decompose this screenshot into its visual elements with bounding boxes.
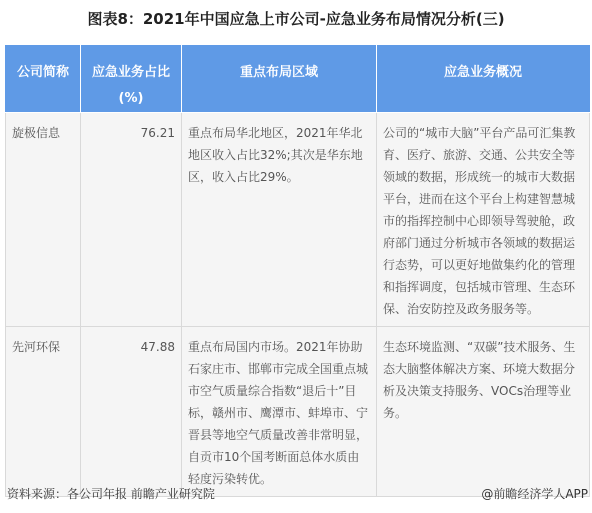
table-row: 先河环保 47.88 重点布局国内市场。2021年协助石家庄市、邯郸市完成全国重… bbox=[6, 327, 590, 497]
header-company: 公司简称 bbox=[6, 46, 81, 113]
header-share: 应急业务占比(%) bbox=[81, 46, 182, 113]
table-header-row: 公司简称 应急业务占比(%) 重点布局区域 应急业务概况 bbox=[6, 46, 590, 113]
header-overview: 应急业务概况 bbox=[377, 46, 590, 113]
cell-region: 重点布局华北地区，2021年华北地区收入占比32%;其次是华东地区，收入占比29… bbox=[182, 113, 377, 327]
business-layout-table: 公司简称 应急业务占比(%) 重点布局区域 应急业务概况 旋极信息 76.21 … bbox=[5, 45, 590, 497]
cell-company: 先河环保 bbox=[6, 327, 81, 497]
cell-region: 重点布局国内市场。2021年协助石家庄市、邯郸市完成全国重点城市空气质量综合指数… bbox=[182, 327, 377, 497]
cell-overview: 公司的“城市大脑”平台产品可汇集教育、医疗、旅游、交通、公共安全等领域的数据，形… bbox=[377, 113, 590, 327]
cell-share: 47.88 bbox=[81, 327, 182, 497]
cell-share: 76.21 bbox=[81, 113, 182, 327]
cell-company: 旋极信息 bbox=[6, 113, 81, 327]
credit-note: @前瞻经济学人APP bbox=[481, 485, 588, 502]
cell-overview: 生态环境监测、“双碳”技术服务、生态大脑整体解决方案、环境大数据分析及决策支持服… bbox=[377, 327, 590, 497]
chart-title: 图表8：2021年中国应急上市公司-应急业务布局情况分析(三) bbox=[0, 8, 592, 29]
source-note: 资料来源：各公司年报 前瞻产业研究院 bbox=[7, 485, 215, 502]
table-row: 旋极信息 76.21 重点布局华北地区，2021年华北地区收入占比32%;其次是… bbox=[6, 113, 590, 327]
header-region: 重点布局区域 bbox=[182, 46, 377, 113]
